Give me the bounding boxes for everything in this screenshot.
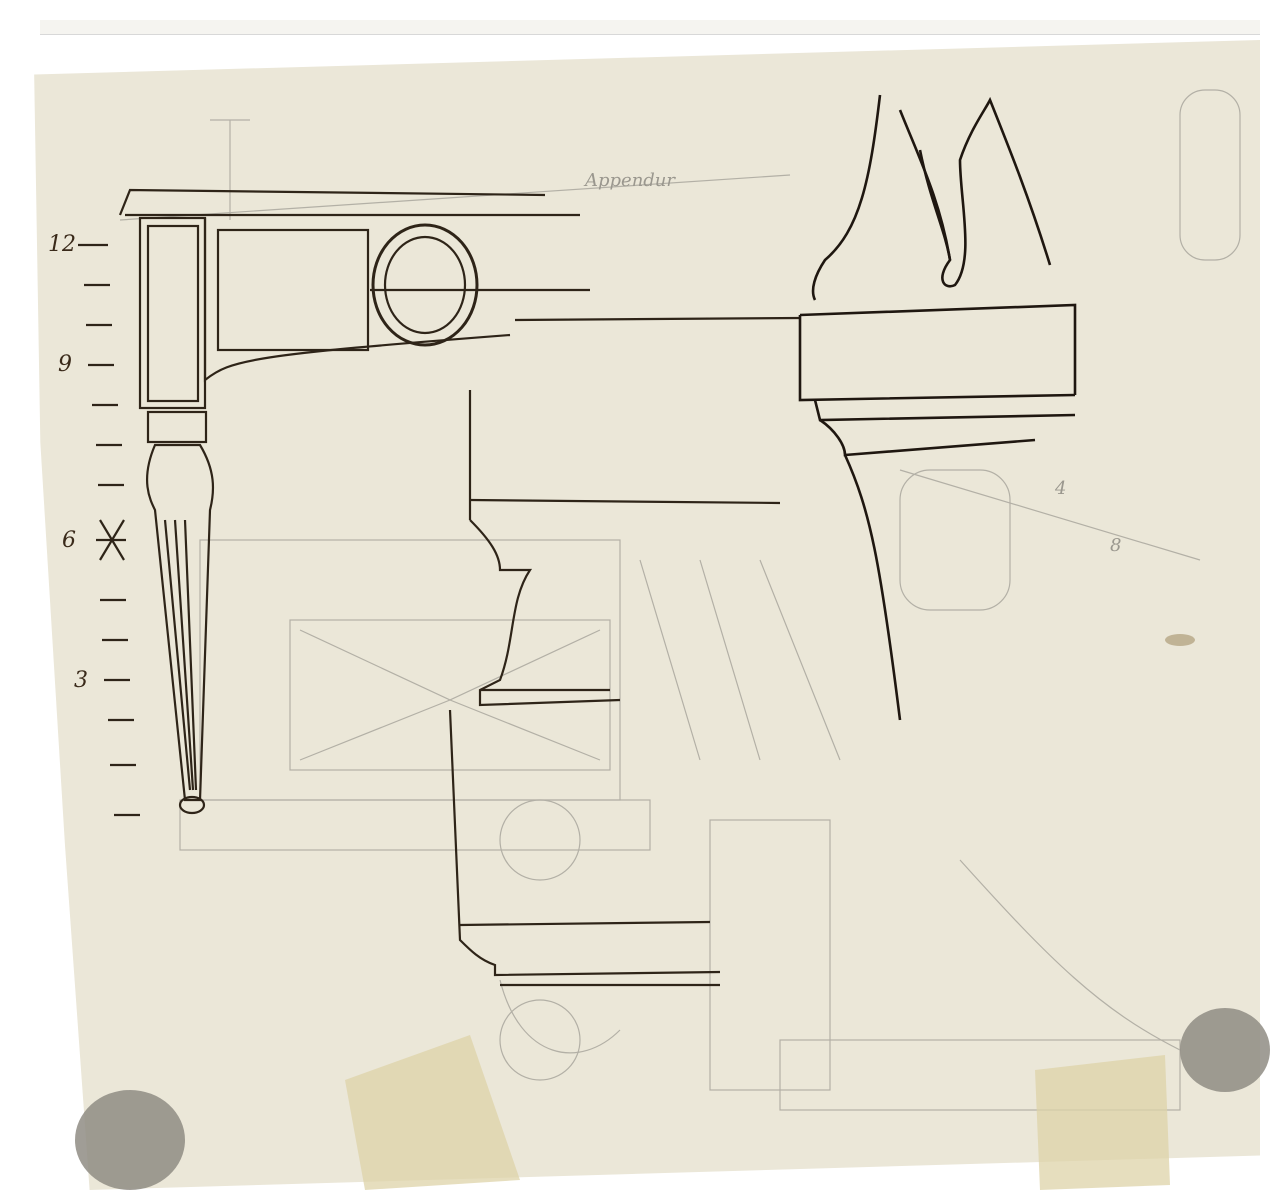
pencil-mark-4: 4: [1055, 478, 1066, 499]
pencil-underdrawing: [120, 90, 1240, 1110]
scale-ticks: [78, 245, 140, 815]
scan-background: 12 9 6 3 Appendur 4 8: [0, 0, 1280, 1202]
scale-label-9: 9: [58, 352, 72, 377]
pencil-mark-8: 8: [1110, 535, 1121, 556]
scale-label-12: 12: [48, 232, 76, 257]
tape-pieces: [345, 1035, 1170, 1190]
scale-label-6: 6: [62, 528, 76, 553]
scale-label-3: 3: [74, 668, 88, 693]
pencil-annotation-word: Appendur: [585, 170, 675, 191]
ink-moulding-profile: [450, 390, 780, 985]
ink-pilaster-profile: [800, 95, 1075, 720]
